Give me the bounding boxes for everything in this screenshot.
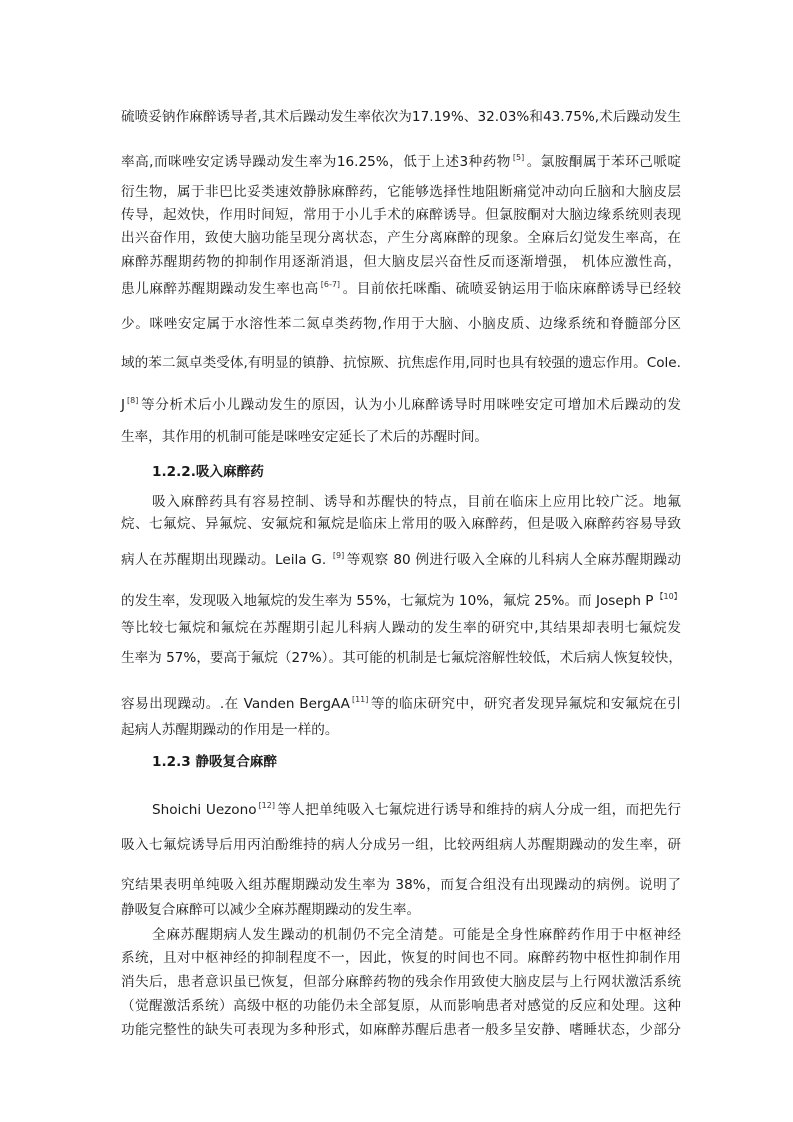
text-segment: 。氯胺酮属于苯环己哌啶 <box>526 154 681 170</box>
text-segment: 。目前依托咪酯、硫喷妥钠运用于临床麻醉诱导已经较 <box>342 281 681 297</box>
text-line: 等比较七氟烷和氟烷在苏醒期引起儿科病人躁动的发生率的研究中,其结果却表明七氟烷发 <box>121 618 681 638</box>
text-line: 传导，起效快，作用时间短，常用于小儿手术的麻醉诱导。但氯胺酮对大脑边缘系统则表现 <box>121 205 681 225</box>
text-line: 生率为 57%，要高于氟烷（27%）。其可能的机制是七氟烷溶解性较低，术后病人恢… <box>121 648 681 668</box>
text-line: 的发生率，发现吸入地氟烷的发生率为 55%，七氟烷为 10%，氟烷 25%。而 … <box>121 587 681 607</box>
text-segment: Shoichi Uezono <box>152 802 257 818</box>
section-heading: 1.2.2.吸入麻醉药 <box>152 462 264 482</box>
text-line: 消失后，患者意识虽已恢复，但部分麻醉药物的残余作用致使大脑皮层与上行网状激活系统 <box>121 972 681 992</box>
text-segment: 等分析术后小儿躁动发生的原因，认为小儿麻醉诱导时用咪唑安定可增加术后躁动的发 <box>140 397 681 413</box>
text-segment: J <box>121 397 125 413</box>
text-segment: 等人把单纯吸入七氟烷进行诱导和维持的病人分成一组，而把先行 <box>277 802 681 818</box>
text-line: 吸入七氟烷诱导后用丙泊酚维持的病人分成另一组，比较两组病人苏醒期躁动的发生率，研 <box>121 835 681 855</box>
text-line: 域的苯二氮卓类受体,有明显的镇静、抗惊厥、抗焦虑作用,同时也具有较强的遗忘作用。… <box>121 353 681 373</box>
text-line: 衍生物，属于非巴比妥类速效静脉麻醉药，它能够选择性地阻断痛觉冲动向丘脑和大脑皮层 <box>121 182 681 202</box>
citation-ref: [12] <box>259 801 275 810</box>
text-segment: 患儿麻醉苏醒期躁动发生率也高 <box>121 281 319 297</box>
citation-ref: [5] <box>513 153 524 162</box>
text-line: 容易出现躁动。.在 Vanden BergAA[11]等的临床研究中，研究者发现… <box>121 690 681 710</box>
text-line: 静吸复合麻醉可以减少全麻苏醒期躁动的发生率。 <box>121 900 681 920</box>
text-segment: 等的临床研究中，研究者发现异氟烷和安氟烷在引 <box>370 696 681 712</box>
citation-ref: [11] <box>352 695 368 704</box>
citation-ref: 【10】 <box>656 592 682 601</box>
text-line: （觉醒激活系统）高级中枢的功能仍未全部复原，从而影响患者对感觉的反应和处理。这种 <box>121 996 681 1016</box>
text-line: 吸入麻醉药具有容易控制、诱导和苏醒快的特点，目前在临床上应用比较广泛。地氟 <box>152 492 681 512</box>
text-line: 究结果表明单纯吸入组苏醒期躁动发生率为 38%，而复合组没有出现躁动的病例。说明… <box>121 875 681 895</box>
text-line: 出兴奋作用，致使大脑功能呈现分离状态，产生分离麻醉的现象。全麻后幻觉发生率高，在 <box>121 228 681 248</box>
citation-ref: [8] <box>127 396 138 405</box>
citation-ref: [9] <box>333 551 344 560</box>
text-line: 率高,而咪唑安定诱导躁动发生率为16.25%，低于上述3种药物[5]。氯胺酮属于… <box>121 148 681 168</box>
document-page: 硫喷妥钠作麻醉诱导者,其术后躁动发生率依次为17.19%、32.03%和43.7… <box>0 0 793 1122</box>
text-line: 硫喷妥钠作麻醉诱导者,其术后躁动发生率依次为17.19%、32.03%和43.7… <box>121 107 681 127</box>
text-line: Shoichi Uezono[12]等人把单纯吸入七氟烷进行诱导和维持的病人分成… <box>152 796 681 816</box>
text-line: 生率，其作用的机制可能是咪唑安定延长了术后的苏醒时间。 <box>121 427 681 447</box>
text-segment: 的发生率，发现吸入地氟烷的发生率为 55%，七氟烷为 10%，氟烷 25%。而 … <box>121 593 654 609</box>
text-line: 患儿麻醉苏醒期躁动发生率也高[6-7]。目前依托咪酯、硫喷妥钠运用于临床麻醉诱导… <box>121 275 681 295</box>
text-line: 病人在苏醒期出现躁动。Leila G. [9]等观察 80 例进行吸入全麻的儿科… <box>121 546 681 566</box>
text-segment: 等观察 80 例进行吸入全麻的儿科病人全麻苏醒期躁动 <box>346 552 681 568</box>
text-line: 全麻苏醒期病人发生躁动的机制仍不完全清楚。可能是全身性麻醉药作用于中枢神经 <box>152 925 681 945</box>
text-line: 麻醉苏醒期药物的抑制作用逐渐消退，但大脑皮层兴奋性反而逐渐增强， 机体应激性高， <box>121 252 681 272</box>
text-line: 起病人苏醒期躁动的作用是一样的。 <box>121 720 681 740</box>
text-line: J[8]等分析术后小儿躁动发生的原因，认为小儿麻醉诱导时用咪唑安定可增加术后躁动… <box>121 391 681 411</box>
text-segment: 率高,而咪唑安定诱导躁动发生率为16.25%，低于上述3种药物 <box>121 154 511 170</box>
text-line: 烷、七氟烷、异氟烷、安氟烷和氟烷是临床上常用的吸入麻醉药，但是吸入麻醉药容易导致 <box>121 514 681 534</box>
text-segment: 容易出现躁动。.在 Vanden BergAA <box>121 696 350 712</box>
text-line: 系统，且对中枢神经的抑制程度不一，因此，恢复的时间也不同。麻醉药物中枢性抑制作用 <box>121 948 681 968</box>
text-line: 少。咪唑安定属于水溶性苯二氮卓类药物,作用于大脑、小脑皮质、边缘系统和脊髓部分区 <box>121 314 681 334</box>
section-heading: 1.2.3 静吸复合麻醉 <box>152 752 277 772</box>
text-line: 功能完整性的缺失可表现为多种形式，如麻醉苏醒后患者一般多呈安静、嗜睡状态，少部分 <box>121 1020 681 1040</box>
citation-ref: [6-7] <box>321 280 340 289</box>
text-segment: 病人在苏醒期出现躁动。Leila G. <box>121 552 331 568</box>
